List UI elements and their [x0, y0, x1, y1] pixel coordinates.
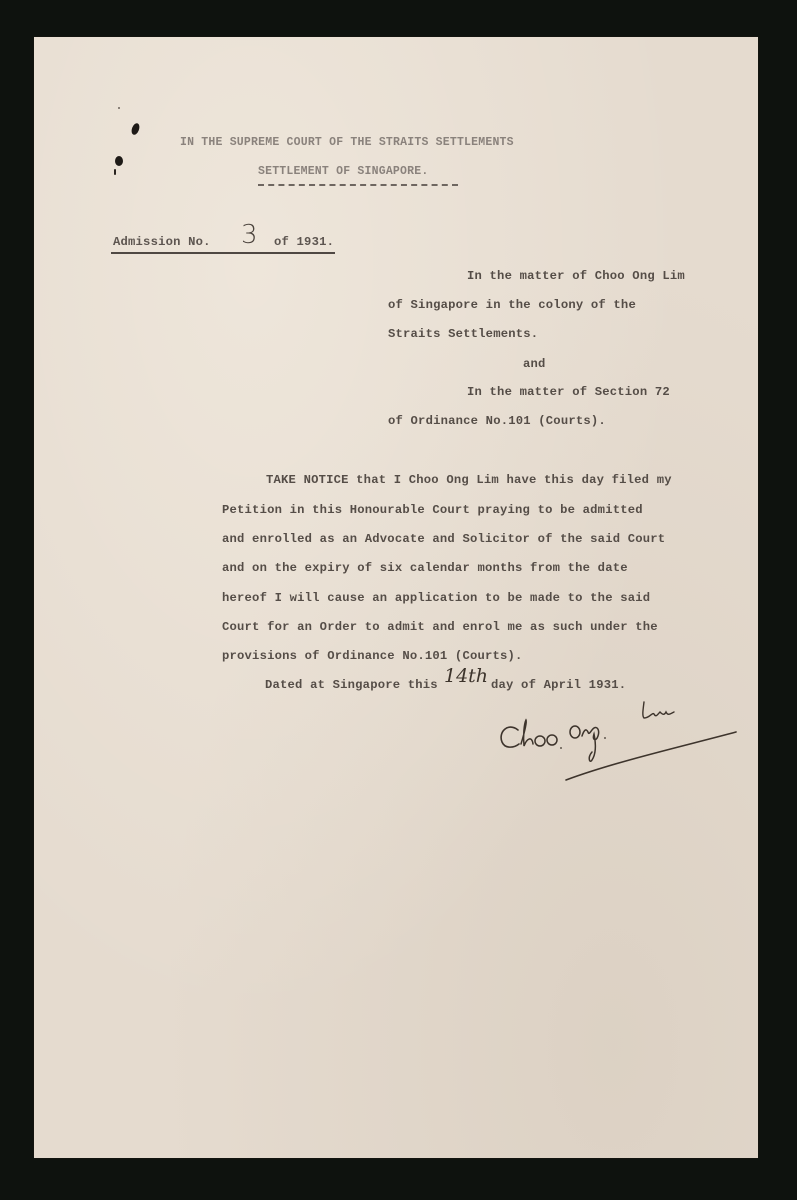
notice-line-4: and on the expiry of six calendar months…: [222, 561, 628, 575]
admission-number-handwritten: 3: [241, 220, 258, 250]
matter-conjunction: and: [523, 357, 546, 371]
notice-line-7: provisions of Ordinance No.101 (Courts).: [222, 649, 523, 663]
dated-suffix: day of April 1931.: [491, 678, 626, 692]
notice-line-5: hereof I will cause an application to be…: [222, 591, 650, 605]
ink-blot-top: [130, 122, 141, 136]
notice-line-3: and enrolled as an Advocate and Solicito…: [222, 532, 665, 546]
matter-line4: In the matter of Section 72: [467, 385, 670, 399]
signature-icon: [494, 692, 744, 792]
admission-prefix: Admission No.: [113, 235, 211, 249]
matter-line5: of Ordinance No.101 (Courts).: [388, 414, 606, 428]
speck: [118, 107, 120, 109]
notice-line-1: TAKE NOTICE that I Choo Ong Lim have thi…: [266, 473, 672, 487]
document-page: IN THE SUPREME COURT OF THE STRAITS SETT…: [34, 37, 758, 1158]
admission-underline: [111, 252, 335, 254]
admission-suffix: of 1931.: [274, 235, 334, 249]
notice-line-2: Petition in this Honourable Court prayin…: [222, 503, 643, 517]
court-header-line1: IN THE SUPREME COURT OF THE STRAITS SETT…: [180, 136, 514, 149]
notice-line-6: Court for an Order to admit and enrol me…: [222, 620, 658, 634]
court-header-line2: SETTLEMENT OF SINGAPORE.: [258, 165, 428, 178]
header-dashed-underline: [258, 184, 458, 186]
ink-blot-bottom: [115, 156, 123, 166]
matter-line3: Straits Settlements.: [388, 327, 538, 341]
matter-line2: of Singapore in the colony of the: [388, 298, 636, 312]
matter-line1: In the matter of Choo Ong Lim: [467, 269, 685, 283]
speck: [114, 169, 116, 175]
dated-day-handwritten: 14th: [444, 665, 488, 687]
dated-prefix: Dated at Singapore this: [265, 678, 438, 692]
